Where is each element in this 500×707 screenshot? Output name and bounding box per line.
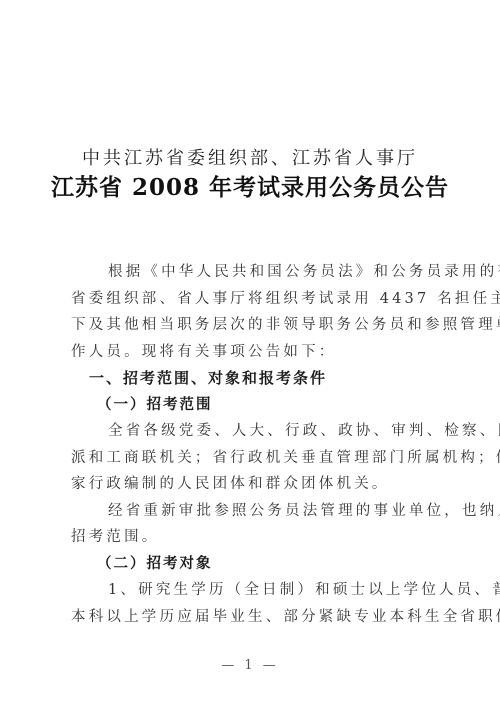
page-number: — 1 — <box>0 658 500 673</box>
announcement-title: 江苏省 2008 年考试录用公务员公告 <box>0 174 500 202</box>
text-line: 下及其他相当职务层次的非领导职务公务员和参照管理单位工 <box>71 312 443 339</box>
section-heading: 一、招考范围、对象和报考条件 <box>71 365 443 392</box>
scope-paragraph: 全省各级党委、人大、行政、政协、审判、检察、民主党 派和工商联机关；省行政机关垂… <box>71 418 443 498</box>
text-line: 作人员。现将有关事项公告如下： <box>71 339 443 366</box>
text-line: 家行政编制的人民团体和群众团体机关。 <box>71 471 443 498</box>
text-line: 本科以上学历应届毕业生、部分紧缺专业本科生全省职位均可报 <box>71 604 443 631</box>
text-line: 经省重新审批参照公务员法管理的事业单位，也纳入本次 <box>71 498 443 525</box>
scope-paragraph-2: 经省重新审批参照公务员法管理的事业单位，也纳入本次 招考范围。 <box>71 498 443 551</box>
document-page: 中共江苏省委组织部、江苏省人事厅 江苏省 2008 年考试录用公务员公告 根据《… <box>0 0 500 707</box>
text-line: 1、研究生学历（全日制）和硕士以上学位人员、普通高校 <box>71 577 443 604</box>
text-line: 招考范围。 <box>71 524 443 551</box>
target-paragraph: 1、研究生学历（全日制）和硕士以上学位人员、普通高校 本科以上学历应届毕业生、部… <box>71 577 443 630</box>
subsection-heading: （二）招考对象 <box>71 551 443 578</box>
text-line: 省委组织部、省人事厅将组织考试录用 4437 名担任主任科员以 <box>71 286 443 313</box>
document-body: 根据《中华人民共和国公务员法》和公务员录用的有关规定， 省委组织部、省人事厅将组… <box>71 259 443 630</box>
subsection-heading: （一）招考范围 <box>71 392 443 419</box>
text-line: 派和工商联机关；省行政机关垂直管理部门所属机构；使用国 <box>71 445 443 472</box>
issuer-title: 中共江苏省委组织部、江苏省人事厅 <box>0 148 500 170</box>
text-line: 全省各级党委、人大、行政、政协、审判、检察、民主党 <box>71 418 443 445</box>
intro-paragraph: 根据《中华人民共和国公务员法》和公务员录用的有关规定， 省委组织部、省人事厅将组… <box>71 259 443 365</box>
text-line: 根据《中华人民共和国公务员法》和公务员录用的有关规定， <box>71 259 443 286</box>
